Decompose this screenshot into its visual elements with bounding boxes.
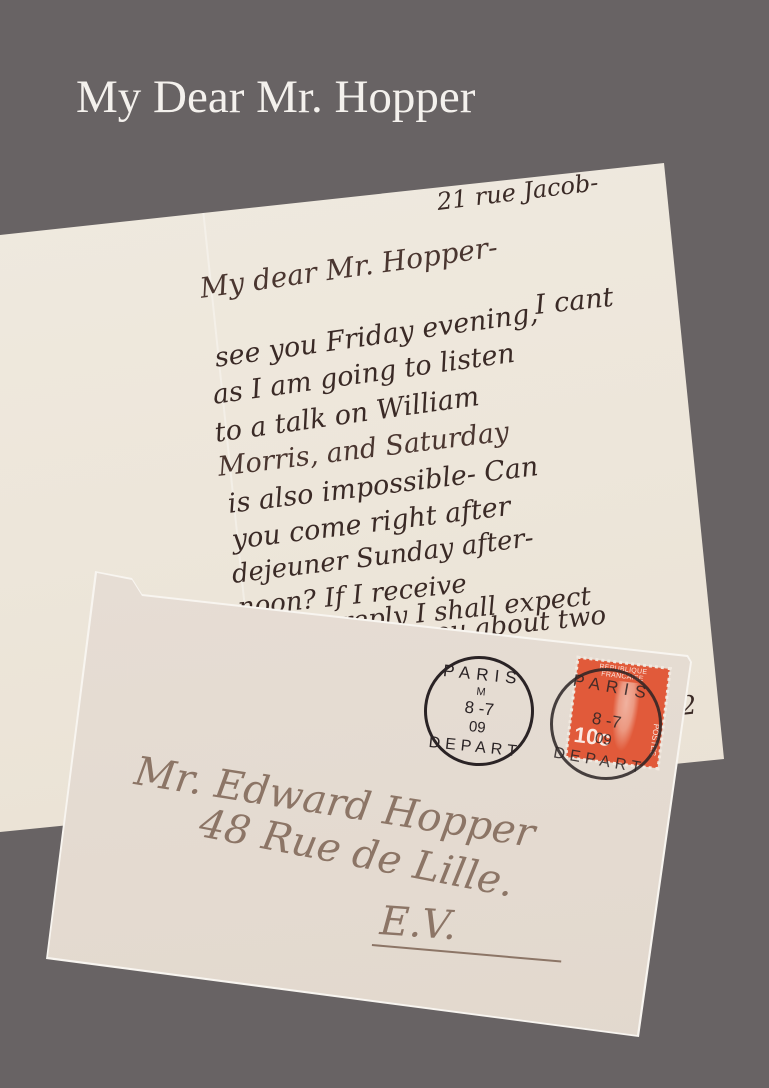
district-underline xyxy=(372,944,561,963)
envelope-district: E.V. xyxy=(378,898,458,949)
page-title: My Dear Mr. Hopper xyxy=(76,70,475,124)
letter-salutation: My dear Mr. Hopper- xyxy=(198,230,500,304)
postmark: PARIS M 8 -7 09 DEPART xyxy=(419,651,540,772)
letter-line: I cant xyxy=(533,282,615,321)
letter-address: 21 rue Jacob- xyxy=(435,168,599,216)
